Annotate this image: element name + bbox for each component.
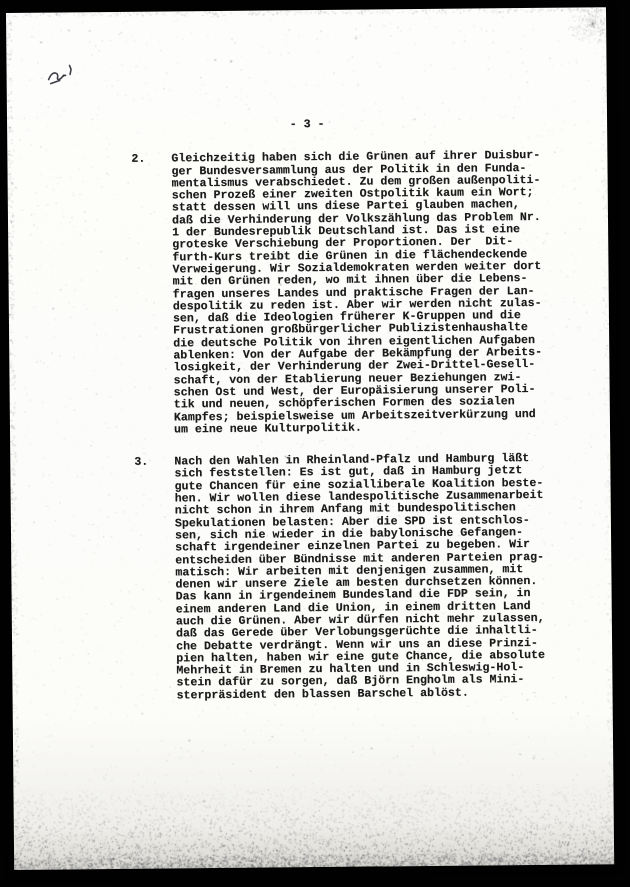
scan-background: { "scan": { "background_color": "#020202… [0,0,630,887]
handwritten-mark-icon [36,48,78,94]
ink-dot [63,74,65,76]
paragraph-3-text: Nach den Wahlen in Rheinland-Pfalz und H… [174,453,545,702]
paragraph-3: 3. Nach den Wahlen in Rheinland-Pfalz un… [134,452,612,702]
scan-surround: - 3 - 2. Gleichzeitig haben sich die Grü… [0,0,630,887]
paragraph-2: 2. Gleichzeitig haben sich die Grünen au… [131,150,610,437]
page-number: - 3 - [7,116,607,134]
document-page: - 3 - 2. Gleichzeitig haben sich die Grü… [6,7,614,870]
paragraph-2-number: 2. [131,154,174,437]
paragraph-3-number: 3. [134,457,176,703]
paragraph-2-text: Gleichzeitig haben sich die Grünen auf i… [171,150,542,436]
scan-noise-overlay [6,7,614,870]
